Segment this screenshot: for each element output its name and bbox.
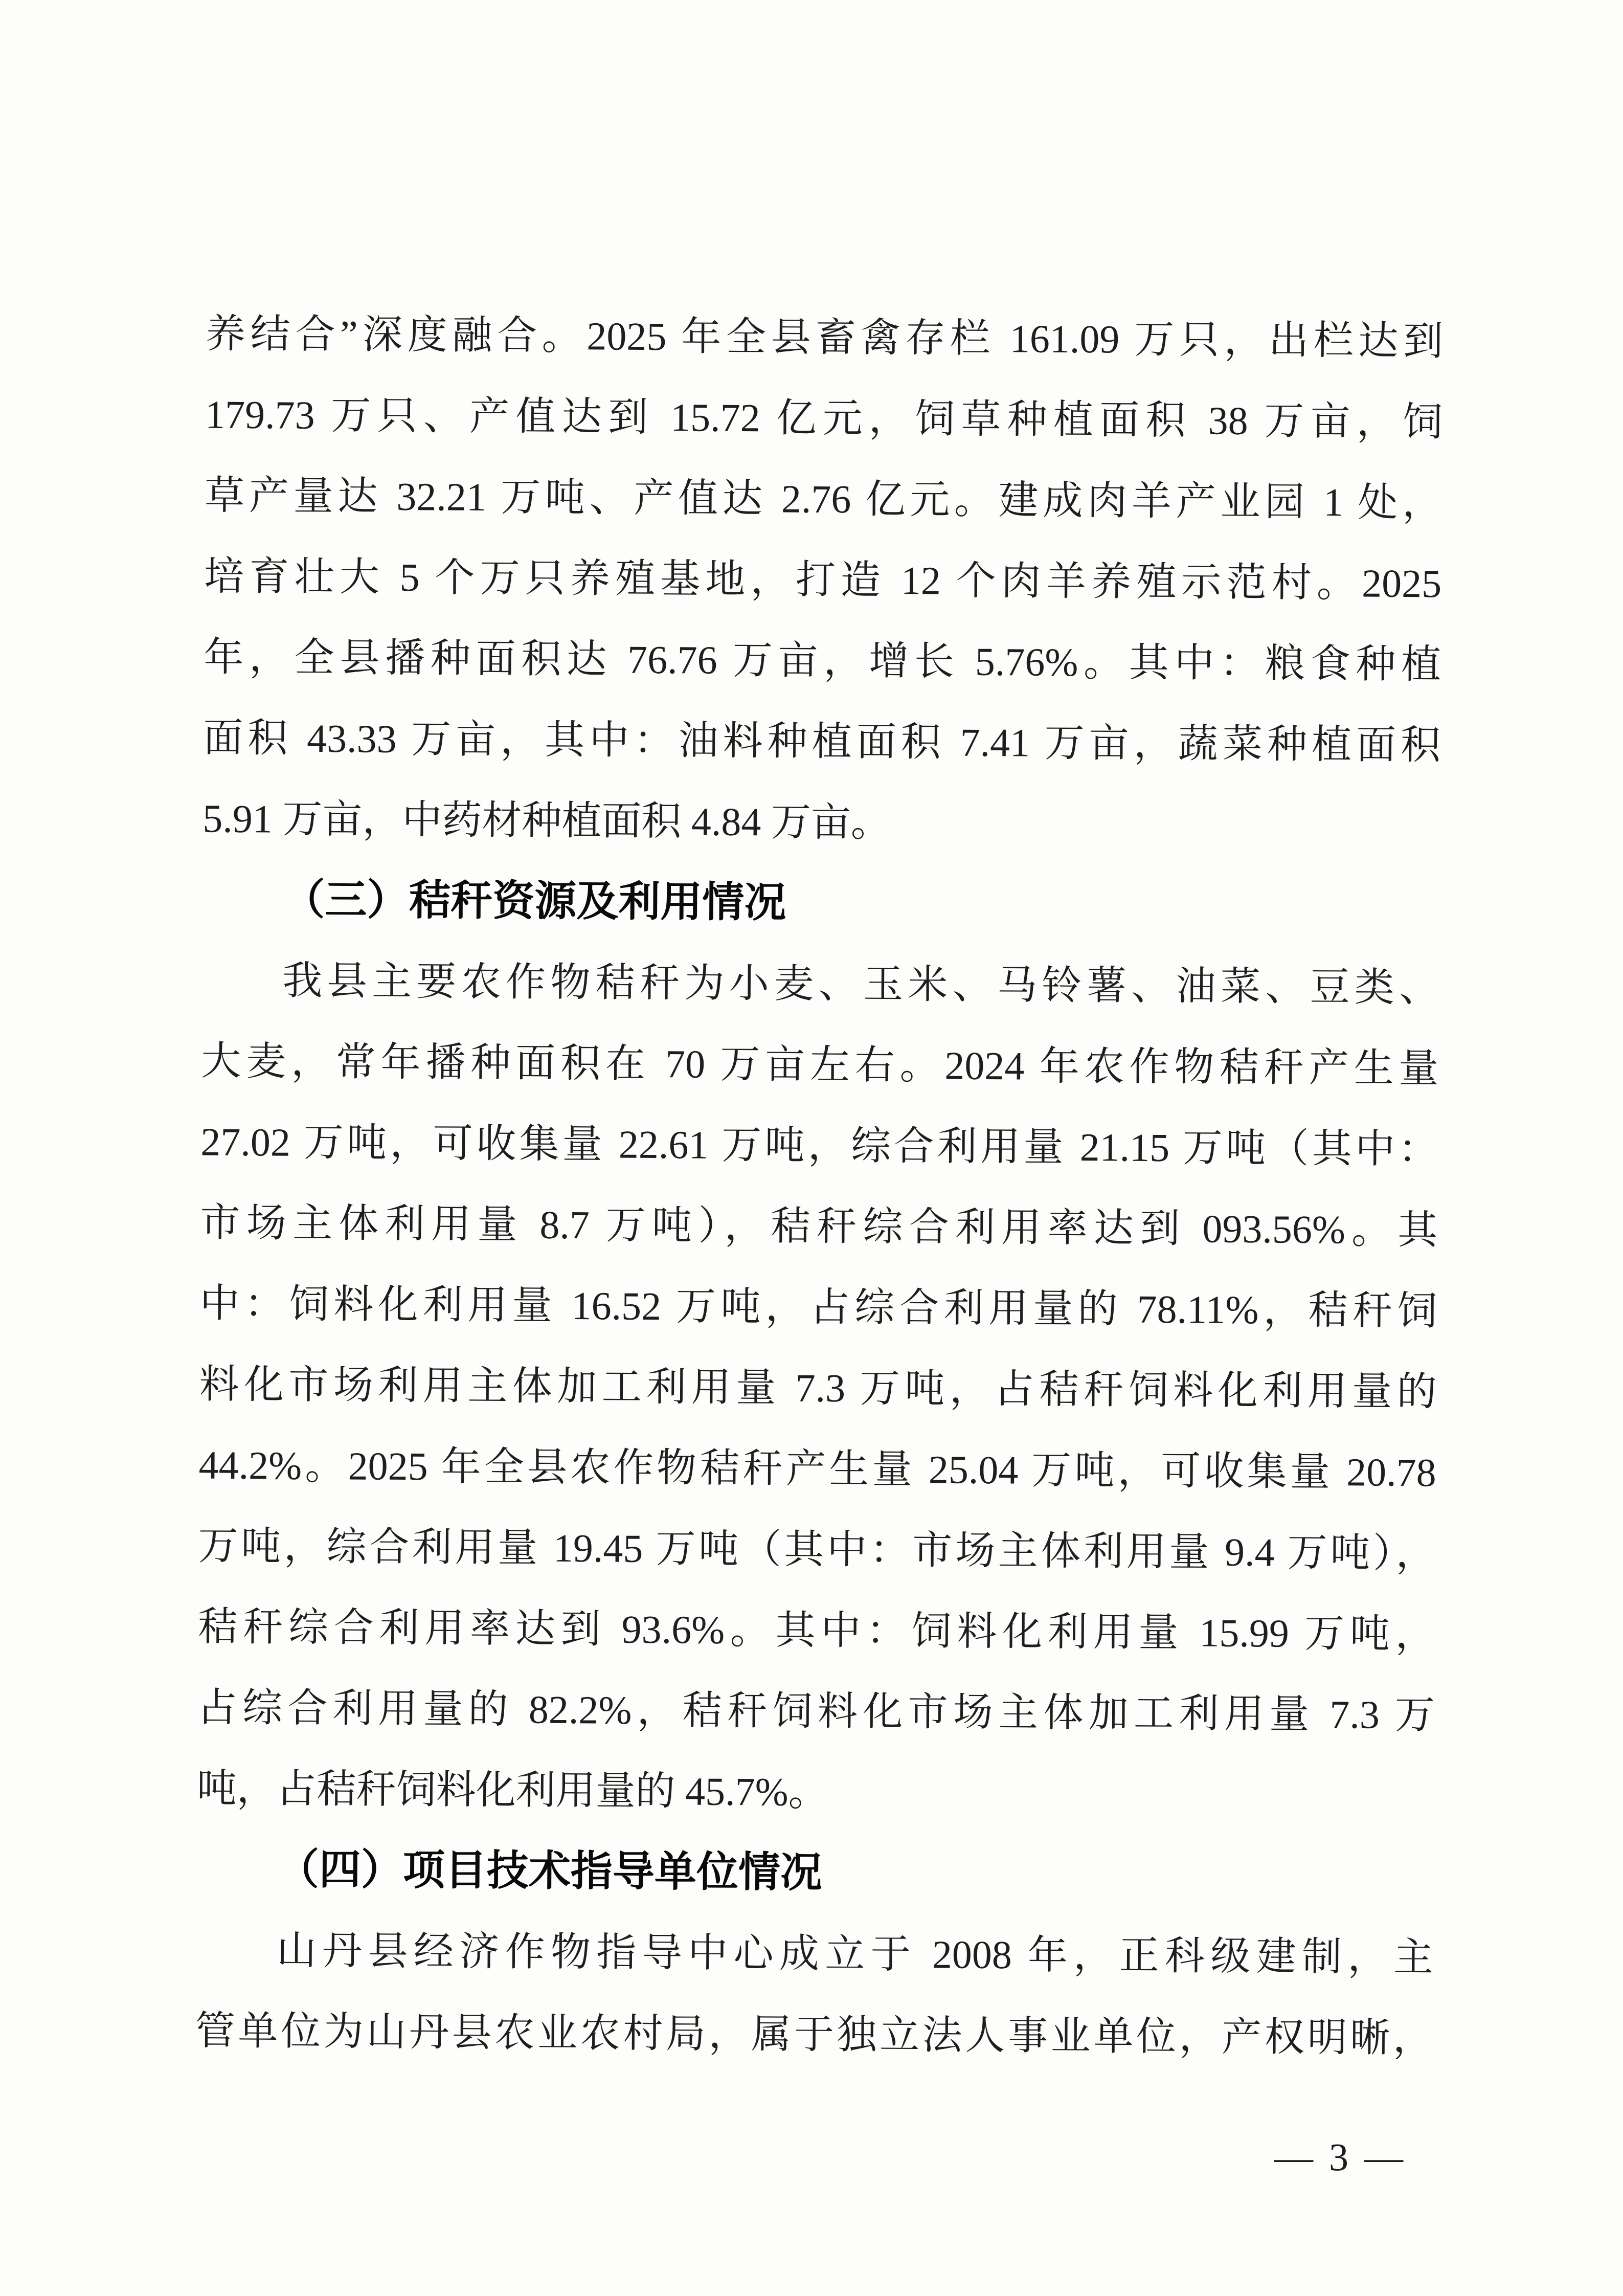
body-line: 秸秆综合利用率达到 93.6%。其中：饲料化利用量 15.99 万吨， xyxy=(197,1587,1435,1675)
section-heading: （三）秸秆资源及利用情况 xyxy=(202,859,1440,948)
page-sheet: 养结合”深度融合。2025 年全县畜禽存栏 161.09 万只，出栏达到179.… xyxy=(0,0,1623,2296)
body-line: 草产量达 32.21 万吨、产值达 2.76 亿元。建成肉羊产业园 1 处， xyxy=(205,455,1442,544)
page-number: — 3 — xyxy=(1274,2132,1406,2183)
body-line: 大麦，常年播种面积在 70 万亩左右。2024 年农作物秸秆产生量 xyxy=(201,1021,1439,1109)
body-line: 27.02 万吨，可收集量 22.61 万吨，综合利用量 21.15 万吨（其中… xyxy=(200,1102,1438,1190)
document-body: 养结合”深度融合。2025 年全县畜禽存栏 161.09 万只，出栏达到179.… xyxy=(195,294,1443,2079)
body-line: 管单位为山丹县农业农村局，属于独立法人事业单位，产权明晰， xyxy=(195,1991,1433,2079)
body-line: 养结合”深度融合。2025 年全县畜禽存栏 161.09 万只，出栏达到 xyxy=(206,294,1444,382)
body-line: 面积 43.33 万亩，其中：油料种植面积 7.41 万亩，蔬菜种植面积 xyxy=(203,698,1441,786)
body-line: 万吨，综合利用量 19.45 万吨（其中：市场主体利用量 9.4 万吨）， xyxy=(198,1506,1436,1594)
body-line: 占综合利用量的 82.2%，秸秆饲料化市场主体加工利用量 7.3 万 xyxy=(197,1667,1435,1756)
body-line: 山丹县经济作物指导中心成立于 2008 年，正科级建制，主 xyxy=(195,1910,1433,1998)
body-line: 料化市场利用主体加工利用量 7.3 万吨，占秸秆饲料化利用量的 xyxy=(199,1344,1437,1433)
body-line: 吨，占秸秆饲料化利用量的 45.7%。 xyxy=(196,1748,1434,1837)
body-line: 培育壮大 5 个万只养殖基地，打造 12 个肉羊养殖示范村。2025 xyxy=(204,536,1442,625)
body-line: 44.2%。2025 年全县农作物秸秆产生量 25.04 万吨，可收集量 20.… xyxy=(198,1425,1436,1513)
body-line: 179.73 万只、产值达到 15.72 亿元，饲草种植面积 38 万亩，饲 xyxy=(205,374,1443,463)
body-line: 中：饲料化利用量 16.52 万吨，占综合利用量的 78.11%，秸秆饲 xyxy=(199,1263,1437,1352)
body-line: 年，全县播种面积达 76.76 万亩，增长 5.76%。其中：粮食种植 xyxy=(204,617,1441,705)
body-line: 市场主体利用量 8.7 万吨），秸秆综合利用率达到 093.56%。其 xyxy=(200,1183,1438,1271)
body-line: 我县主要农作物秸秆为小麦、玉米、马铃薯、油菜、豆类、 xyxy=(201,940,1439,1029)
section-heading: （四）项目技术指导单位情况 xyxy=(196,1829,1434,1918)
body-line: 5.91 万亩，中药材种植面积 4.84 万亩。 xyxy=(202,778,1440,867)
